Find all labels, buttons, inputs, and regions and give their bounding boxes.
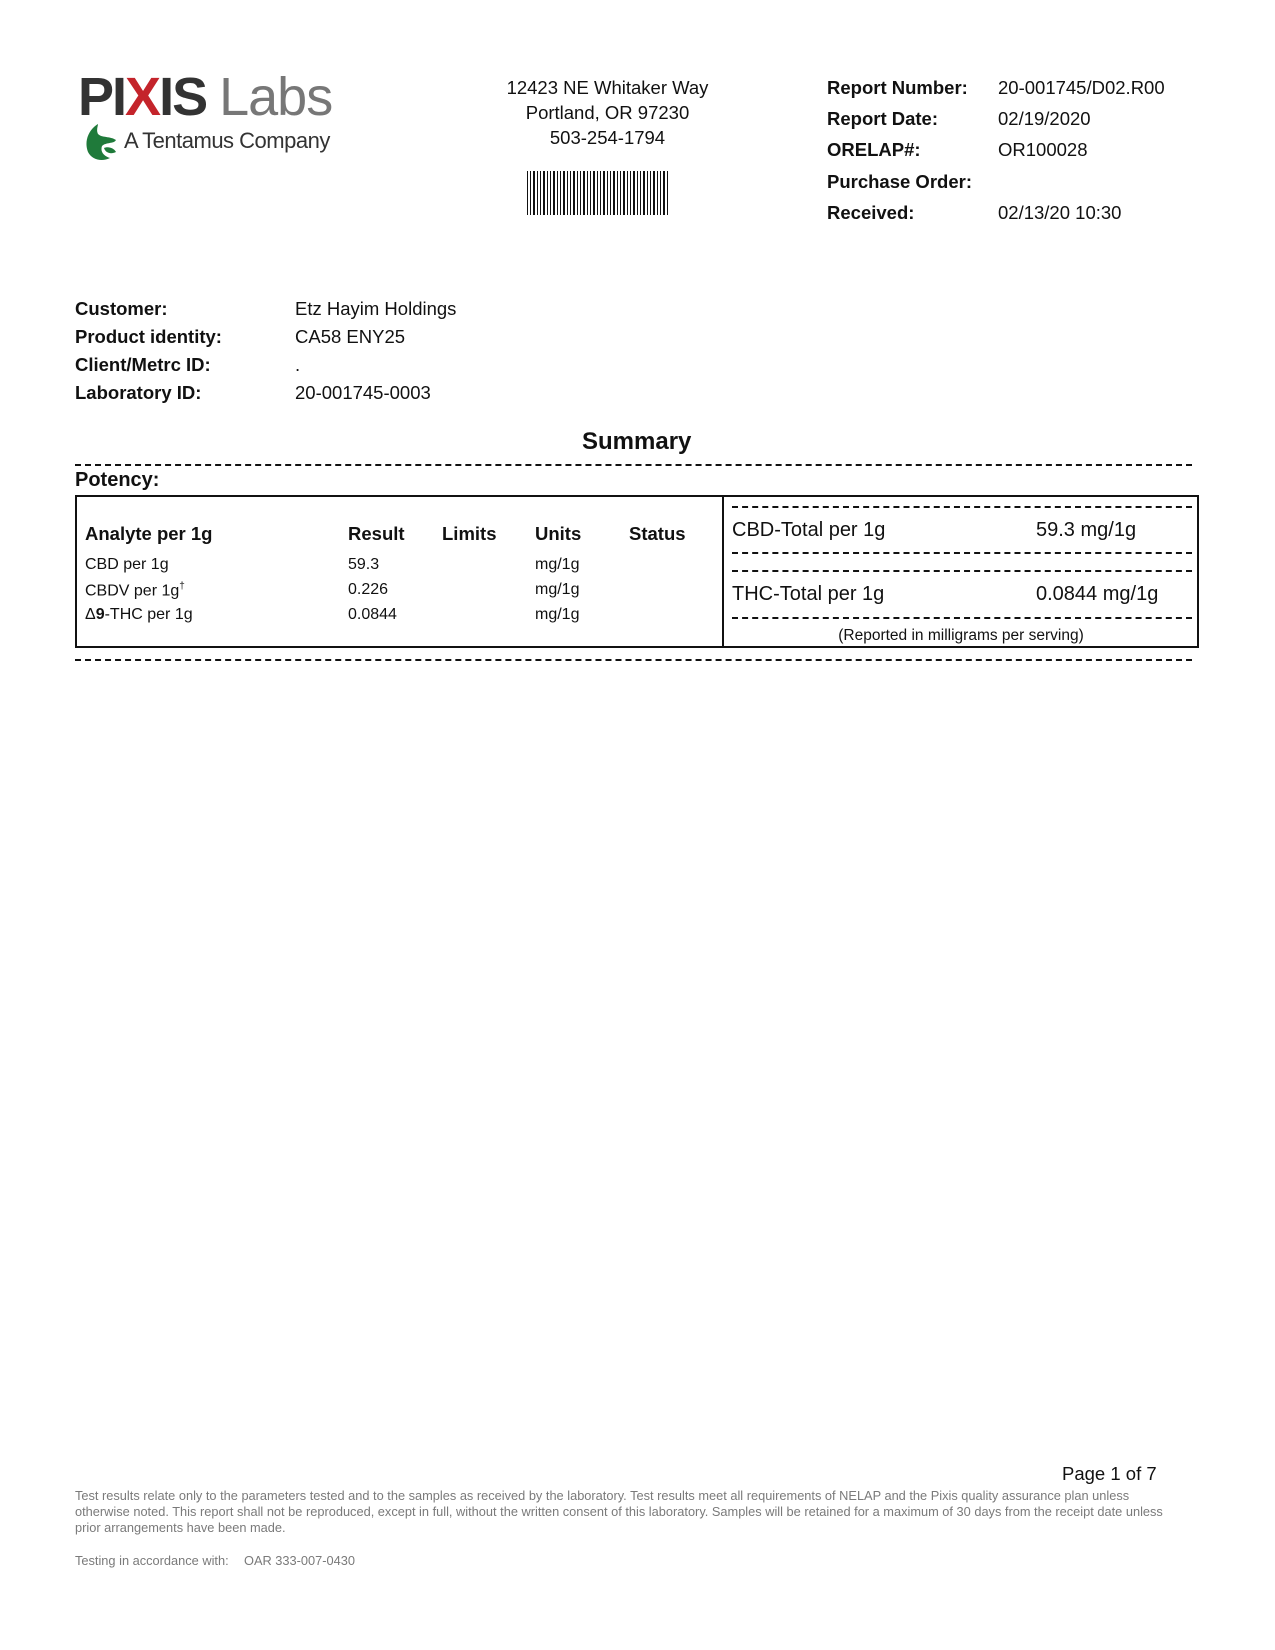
meta-label: Report Date:	[827, 108, 938, 130]
summary-title: Summary	[582, 428, 691, 456]
address-city: Portland, OR 97230	[470, 100, 745, 125]
meta-value: 20-001745/D02.R00	[998, 77, 1165, 99]
meta-value: OR100028	[998, 139, 1087, 161]
potency-label: Potency:	[75, 469, 159, 492]
box-divider	[722, 495, 724, 648]
result-cell: 0.0844	[348, 606, 397, 624]
dashed-divider	[732, 506, 1192, 508]
customer-field-value: .	[295, 354, 300, 376]
result-cell: 0.226	[348, 581, 388, 599]
lab-address: 12423 NE Whitaker Way Portland, OR 97230…	[470, 75, 745, 150]
page-number: Page 1 of 7	[1062, 1463, 1157, 1485]
units-cell: mg/1g	[535, 556, 579, 574]
dashed-divider	[732, 617, 1192, 619]
dashed-divider	[75, 464, 1192, 466]
dashed-divider	[732, 570, 1192, 572]
testing-label: Testing in accordance with:	[75, 1553, 229, 1568]
customer-field-label: Client/Metrc ID:	[75, 354, 211, 376]
cbd-total-label: CBD-Total per 1g	[732, 519, 885, 542]
tentamus-leaf-icon	[84, 122, 118, 162]
footer-disclaimer: Test results relate only to the paramete…	[75, 1488, 1165, 1536]
customer-field-value: 20-001745-0003	[295, 382, 431, 404]
thc-total-value: 0.0844 mg/1g	[1036, 583, 1158, 606]
logo-x: X	[125, 67, 159, 127]
analyte-bold-digit: 9	[96, 606, 105, 623]
dashed-divider	[732, 552, 1192, 554]
footnote-dagger: †	[179, 581, 185, 592]
logo-tagline: A Tentamus Company	[124, 128, 330, 154]
header-units: Units	[535, 523, 581, 545]
meta-label: Report Number:	[827, 77, 968, 99]
customer-field-value: Etz Hayim Holdings	[295, 298, 456, 320]
customer-field-label: Customer:	[75, 298, 168, 320]
logo-is: IS	[159, 67, 206, 127]
header-analyte: Analyte per 1g	[85, 523, 213, 545]
address-street: 12423 NE Whitaker Way	[470, 75, 745, 100]
logo-wordmark: PIXIS Labs	[78, 70, 332, 124]
customer-field-label: Product identity:	[75, 326, 222, 348]
header-result: Result	[348, 523, 405, 545]
analyte-cell: Δ9-THC per 1g	[85, 606, 193, 624]
logo-pi: PI	[78, 67, 125, 127]
analyte-name: CBD per 1g	[85, 556, 169, 573]
meta-value: 02/19/2020	[998, 108, 1091, 130]
result-cell: 59.3	[348, 556, 379, 574]
meta-label: Received:	[827, 202, 914, 224]
analyte-name: -THC per 1g	[105, 606, 193, 623]
analyte-cell: CBD per 1g	[85, 556, 169, 574]
reported-note: (Reported in milligrams per serving)	[723, 627, 1199, 645]
pixis-labs-logo: PIXIS Labs A Tentamus Company	[78, 70, 378, 165]
address-phone: 503-254-1794	[470, 125, 745, 150]
delta-symbol: Δ	[85, 606, 96, 623]
dashed-divider	[75, 659, 1192, 661]
cbd-total-value: 59.3 mg/1g	[1036, 519, 1136, 542]
thc-total-label: THC-Total per 1g	[732, 583, 884, 606]
meta-label: Purchase Order:	[827, 171, 972, 193]
header-status: Status	[629, 523, 686, 545]
testing-value: OAR 333-007-0430	[244, 1553, 355, 1568]
barcode-icon	[527, 171, 668, 215]
customer-field-label: Laboratory ID:	[75, 382, 201, 404]
header-limits: Limits	[442, 523, 496, 545]
units-cell: mg/1g	[535, 606, 579, 624]
analyte-name: CBDV per 1g	[85, 582, 179, 599]
units-cell: mg/1g	[535, 581, 579, 599]
meta-value: 02/13/20 10:30	[998, 202, 1121, 224]
meta-label: ORELAP#:	[827, 139, 921, 161]
customer-field-value: CA58 ENY25	[295, 326, 405, 348]
logo-labs: Labs	[219, 67, 332, 127]
analyte-cell: CBDV per 1g†	[85, 581, 185, 600]
